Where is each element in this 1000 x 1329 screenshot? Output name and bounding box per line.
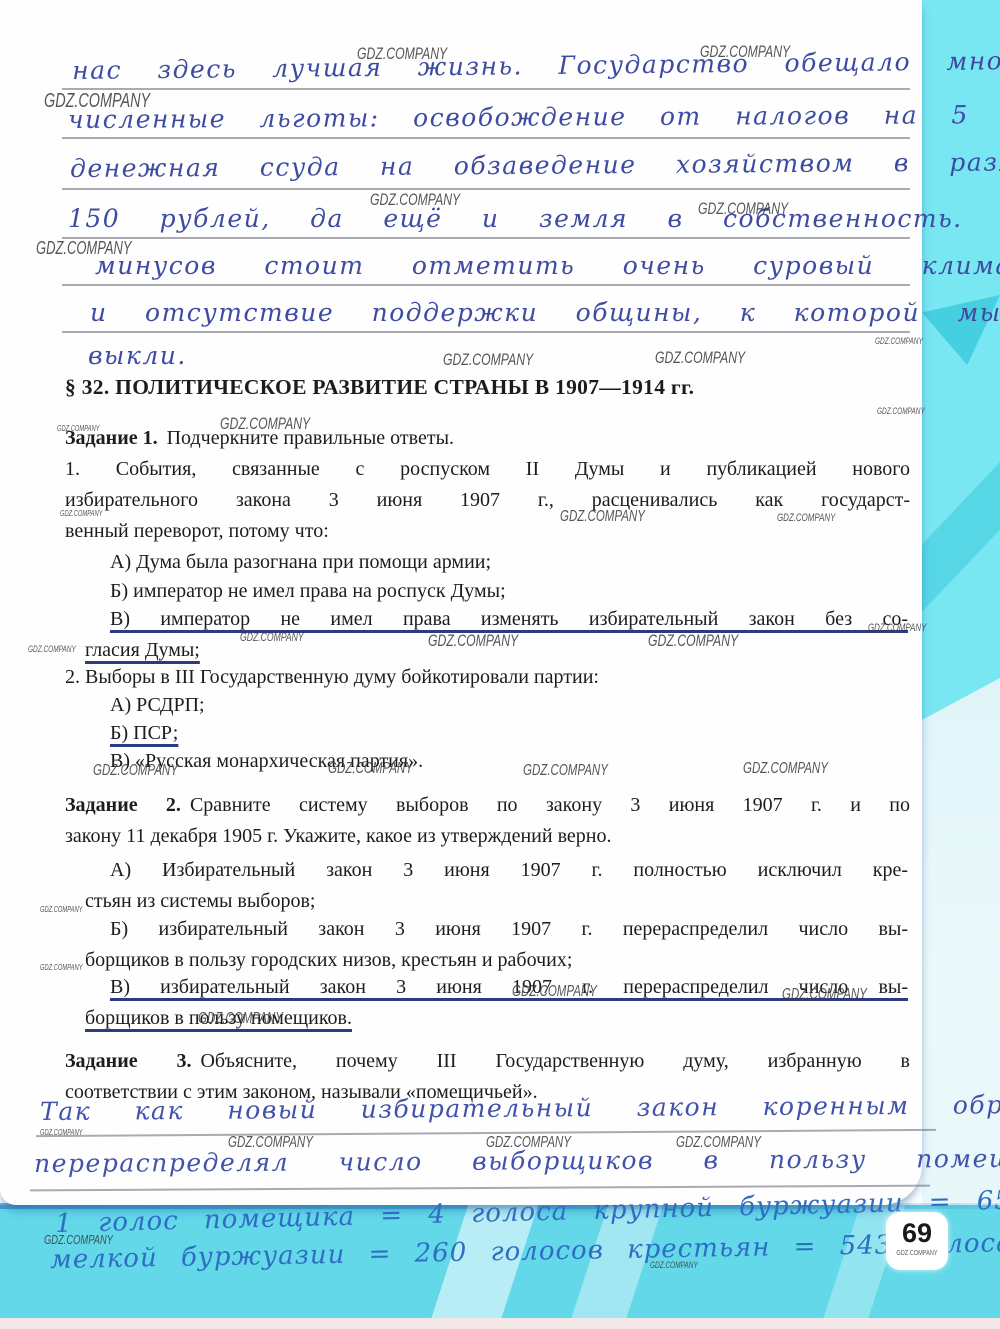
ruled-line bbox=[62, 188, 910, 190]
watermark: GDZ.COMPANY bbox=[60, 509, 102, 518]
task1-q2-option-b-underlined: Б) ПСР; bbox=[85, 718, 908, 749]
ruled-line bbox=[62, 88, 910, 90]
watermark: GDZ.COMPANY bbox=[676, 1134, 761, 1152]
watermark: GDZ.COMPANY bbox=[28, 644, 76, 654]
watermark: GDZ.COMPANY bbox=[240, 630, 304, 644]
task1-instruction: Подчеркните правильные ответы. bbox=[167, 427, 454, 449]
watermark: GDZ.COMPANY bbox=[36, 238, 132, 259]
handwritten-line: 150 рублей, да ещё и земля в собственнос… bbox=[68, 204, 1000, 233]
task1-question1: 1. События, связанные с роспуском II Дум… bbox=[65, 454, 910, 547]
handwritten-line: численные льготы: освобождение от налого… bbox=[68, 100, 1000, 134]
task3-label: Задание 3. bbox=[65, 1050, 191, 1072]
watermark: GDZ.COMPANY bbox=[560, 508, 645, 526]
watermark: GDZ.COMPANY bbox=[40, 1128, 82, 1137]
page-number: 69 bbox=[886, 1216, 948, 1250]
photo-bottom-edge bbox=[0, 1318, 1000, 1329]
watermark: GDZ.COMPANY bbox=[370, 190, 460, 210]
watermark: GDZ.COMPANY bbox=[777, 512, 835, 524]
task1-question2: 2. Выборы в III Государственную думу бой… bbox=[65, 662, 910, 693]
watermark: GDZ.COMPANY bbox=[782, 986, 867, 1004]
watermark: GDZ.COMPANY bbox=[523, 762, 608, 780]
watermark: GDZ.COMPANY bbox=[655, 348, 745, 368]
watermark: GDZ.COMPANY bbox=[220, 414, 310, 434]
handwritten-line: и отсутствие поддержки общины, к которой… bbox=[90, 298, 1000, 327]
watermark: GDZ.COMPANY bbox=[328, 760, 413, 778]
handwritten-line: выкли. bbox=[88, 341, 187, 370]
watermark: GDZ.COMPANY bbox=[698, 199, 788, 219]
ruled-line bbox=[62, 284, 910, 286]
watermark: GDZ.COMPANY bbox=[743, 760, 828, 778]
watermark: GDZ.COMPANY bbox=[44, 90, 150, 113]
page-number-badge: 69 GDZ.COMPANY bbox=[886, 1212, 948, 1270]
right-light-stripe bbox=[922, 660, 1000, 1205]
watermark: GDZ.COMPANY bbox=[228, 1134, 313, 1152]
watermark: GDZ.COMPANY bbox=[198, 1010, 283, 1028]
section-heading: § 32. ПОЛИТИЧЕСКОЕ РАЗВИТИЕ СТРАНЫ В 190… bbox=[65, 374, 910, 400]
task1-title: Задание 1.Подчеркните правильные ответы. bbox=[65, 423, 910, 454]
watermark: GDZ.COMPANY bbox=[650, 1260, 698, 1270]
ruled-line bbox=[62, 237, 910, 239]
watermark: GDZ.COMPANY bbox=[57, 424, 99, 433]
watermark: GDZ.COMPANY bbox=[877, 406, 925, 416]
watermark: GDZ.COMPANY bbox=[428, 631, 518, 651]
watermark: GDZ.COMPANY bbox=[40, 963, 82, 972]
task1-q1-option-b: Б) император не имел права на роспуск Ду… bbox=[85, 576, 908, 607]
handwritten-line: минусов стоит отметить очень суровый кли… bbox=[95, 251, 1000, 280]
ruled-line bbox=[62, 137, 910, 139]
ruled-line bbox=[62, 331, 910, 333]
watermark: GDZ.COMPANY bbox=[357, 44, 447, 64]
scanned-workbook-page: нас здесь лучшая жизнь. Государство обещ… bbox=[0, 0, 1000, 1329]
watermark: GDZ.COMPANY bbox=[892, 1250, 942, 1257]
task2-option-b: Б) избирательный закон 3 июня 1907 г. пе… bbox=[85, 914, 908, 976]
task1-q1-option-a: А) Дума была разогнана при помощи армии; bbox=[85, 547, 908, 578]
watermark: GDZ.COMPANY bbox=[486, 1134, 571, 1152]
watermark: GDZ.COMPANY bbox=[93, 762, 178, 780]
watermark: GDZ.COMPANY bbox=[700, 42, 790, 62]
watermark: GDZ.COMPANY bbox=[40, 905, 82, 914]
watermark: GDZ.COMPANY bbox=[512, 983, 597, 1001]
task2-title: Задание 2.Сравните систему выборов по за… bbox=[65, 790, 910, 852]
watermark: GDZ.COMPANY bbox=[875, 336, 923, 346]
task1-q2-option-a: А) РСДРП; bbox=[85, 690, 908, 721]
watermark: GDZ.COMPANY bbox=[648, 631, 738, 651]
watermark: GDZ.COMPANY bbox=[443, 350, 533, 370]
task2-label: Задание 2. bbox=[65, 794, 181, 816]
watermark: GDZ.COMPANY bbox=[868, 622, 926, 634]
watermark: GDZ.COMPANY bbox=[44, 1232, 113, 1247]
task2-option-a: А) Избирательный закон 3 июня 1907 г. по… bbox=[85, 855, 908, 917]
